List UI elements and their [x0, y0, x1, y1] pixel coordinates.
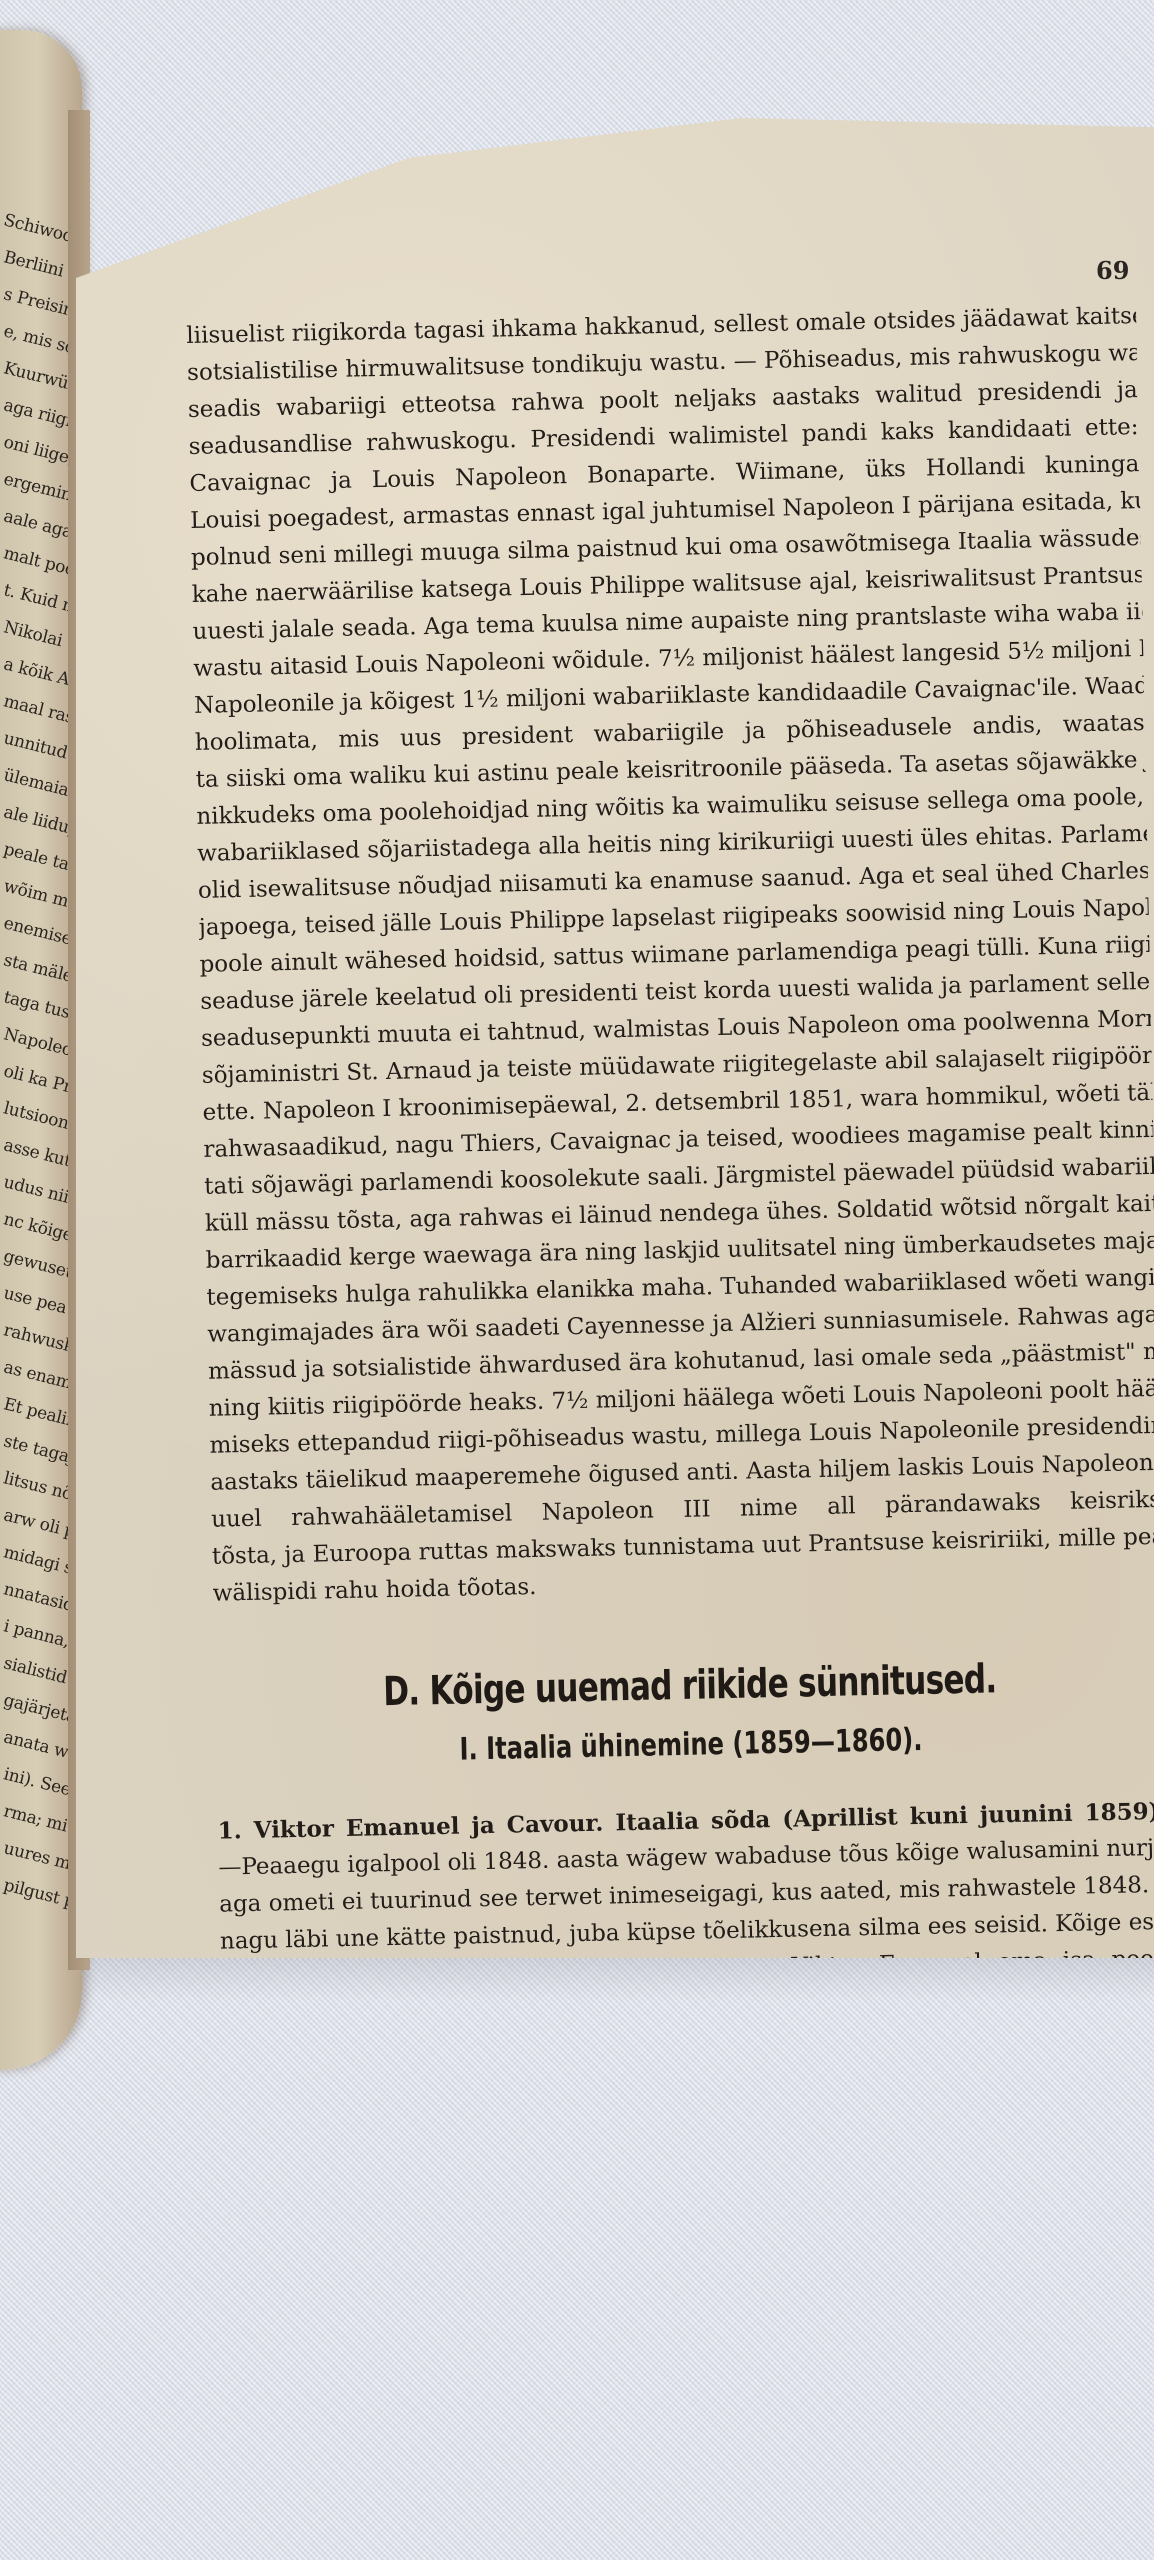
left-page-text-fragment: Berliini — [2, 247, 66, 281]
body-paragraph: liisuelist riigikorda tagasi ihkama hakk… — [186, 298, 1154, 1613]
body-text: liisuelist riigikorda tagasi ihkama hakk… — [186, 298, 1154, 2035]
left-page-text-fragment: aga riigi — [2, 395, 74, 431]
page-number: 69 — [1096, 256, 1129, 285]
section-heading: D. Kõige uuemad riikide sünnitused. — [319, 1655, 1061, 1717]
section-paragraph: —Peaaegu igalpool oli 1848. aasta wägew … — [218, 1830, 1154, 2035]
right-page: 69 liisuelist riigikorda tagasi ihkama h… — [76, 118, 1154, 1958]
left-page-text-fragment: Nikolai — [2, 617, 65, 651]
